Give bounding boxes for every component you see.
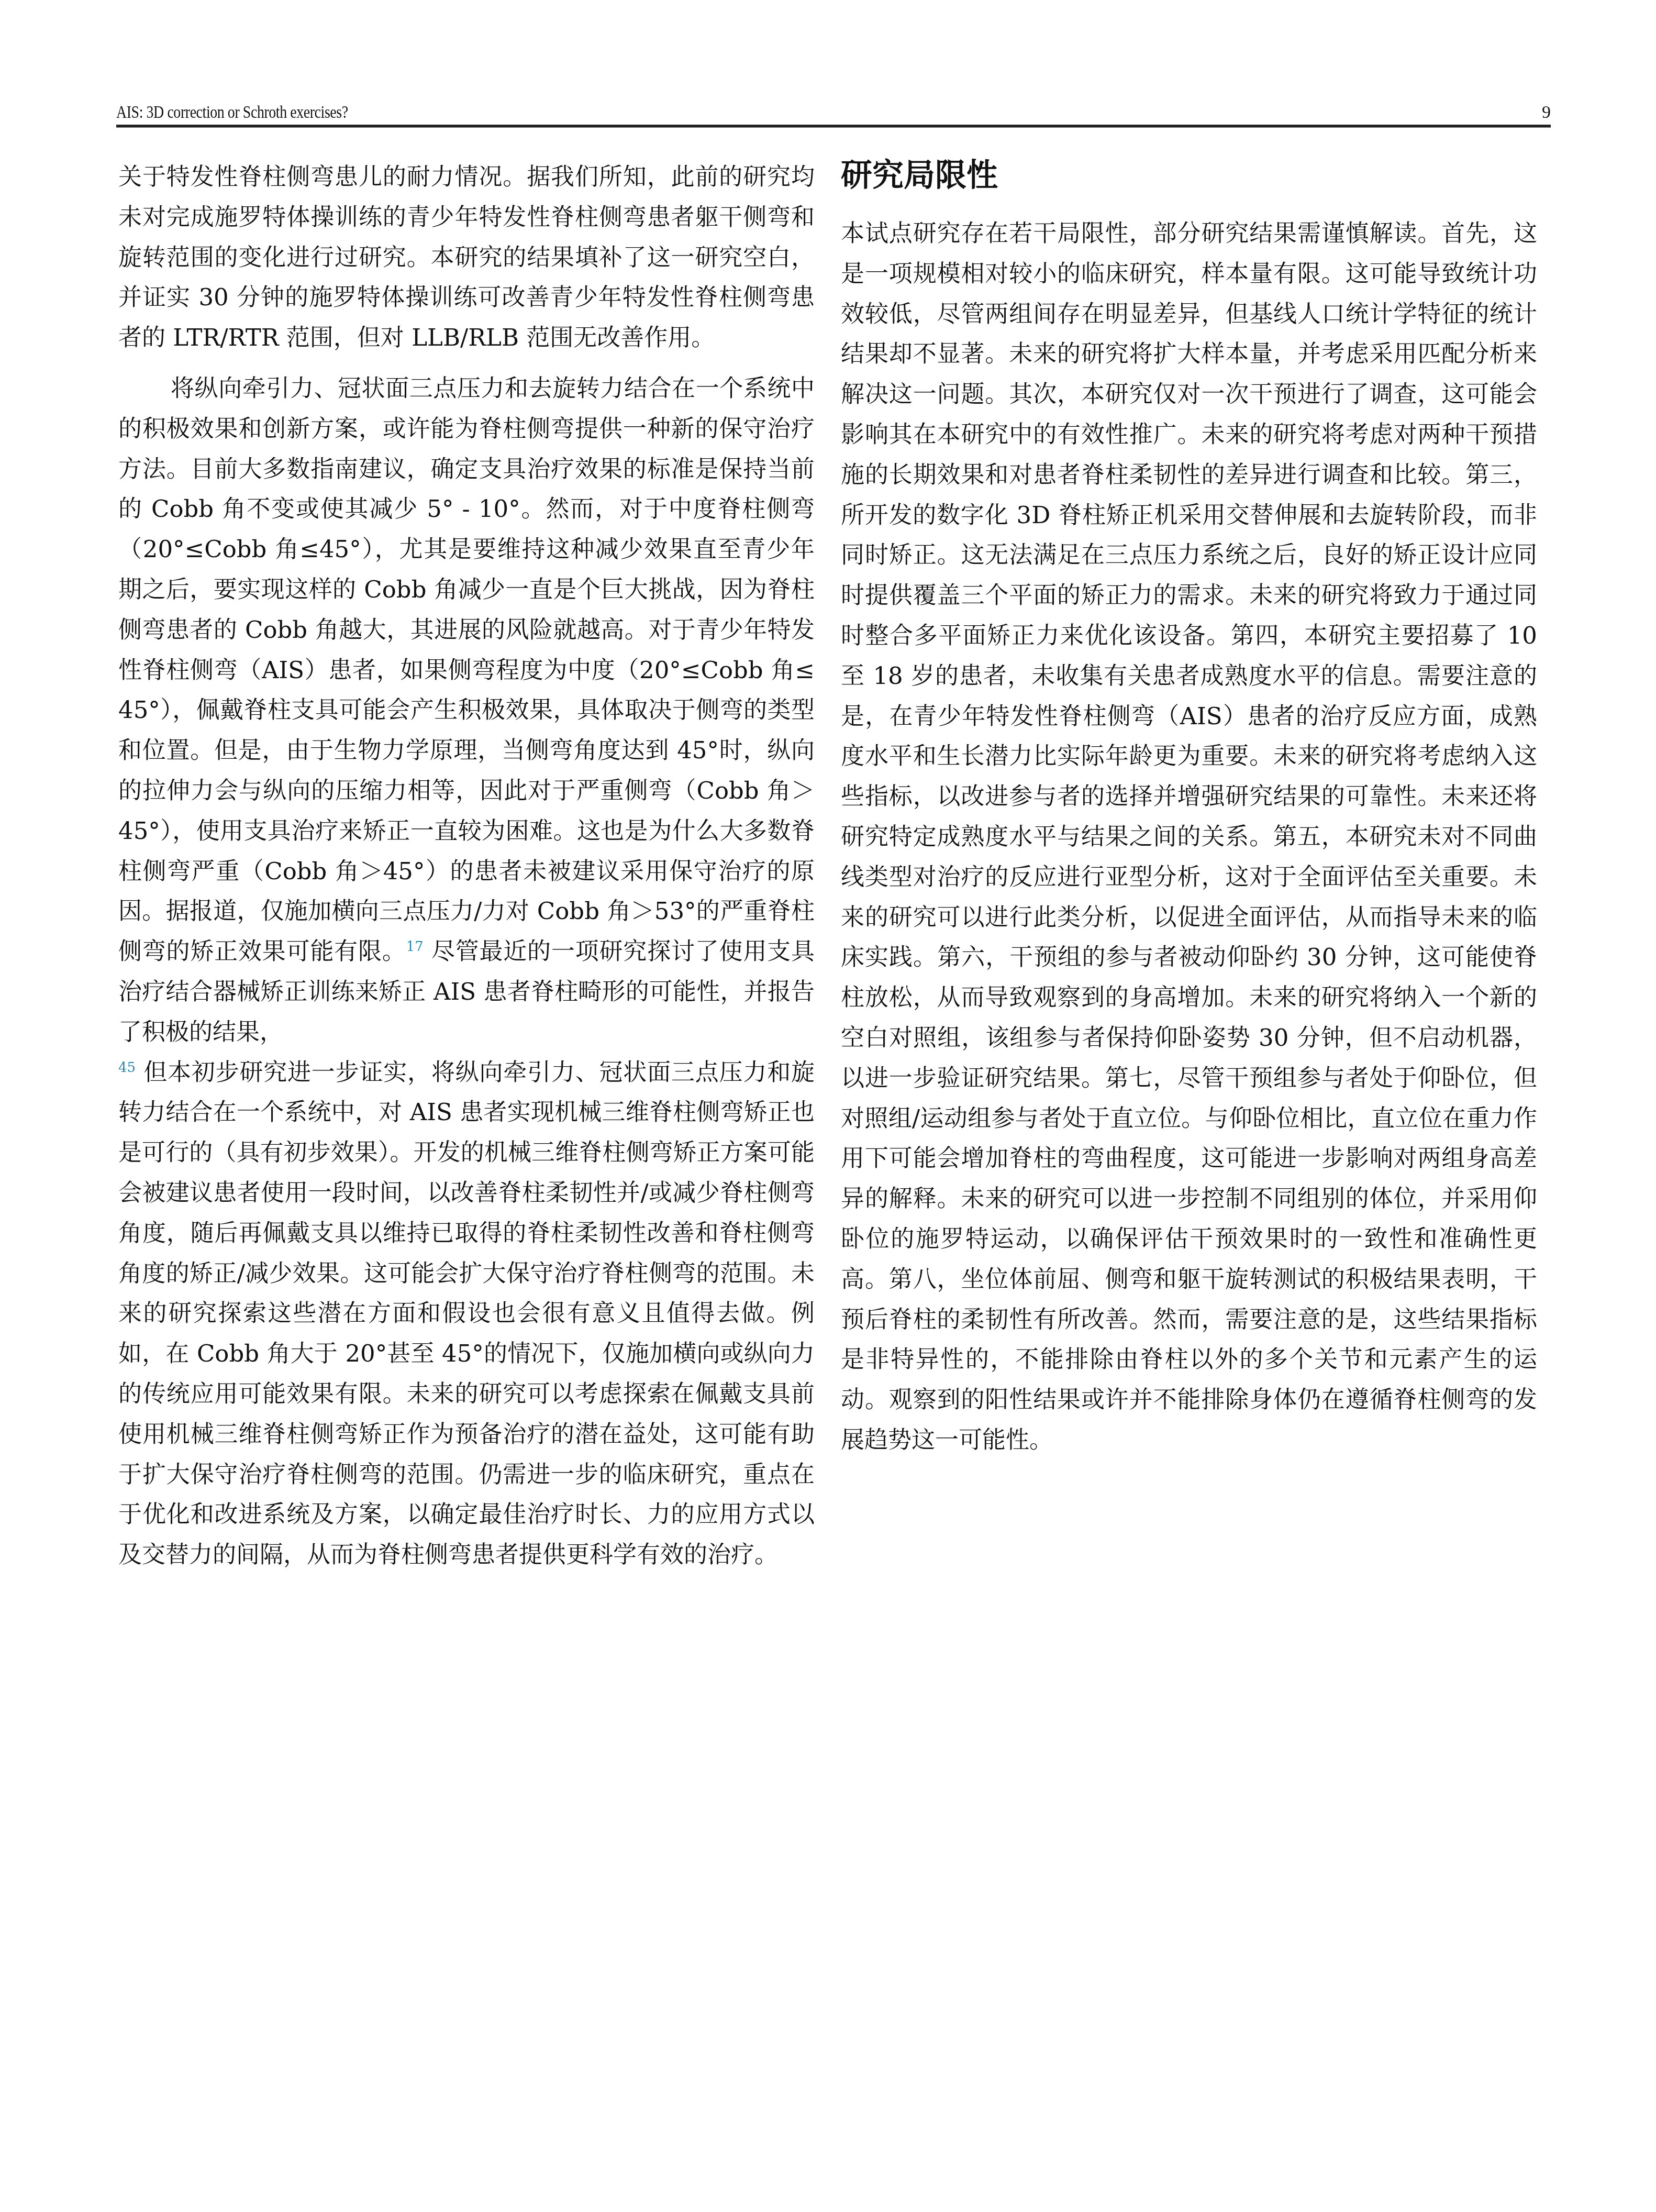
paragraph-text: 但本初步研究进一步证实，将纵向牵引力、冠状面三点压力和旋转力结合在一个系统中，对… — [118, 1058, 815, 1569]
paragraph-text: 关于特发性脊柱侧弯患儿的耐力情况。据我们所知，此前的研究均未对完成施罗特体操训练… — [118, 163, 815, 351]
header-rule — [116, 125, 1551, 128]
paragraph: 将纵向牵引力、冠状面三点压力和去旋转力结合在一个系统中的积极效果和创新方案，或许… — [118, 369, 815, 1575]
paragraph-text: 本试点研究存在若干局限性，部分研究结果需谨慎解读。首先，这是一项规模相对较小的临… — [841, 219, 1537, 1454]
paragraph-text: 将纵向牵引力、冠状面三点压力和去旋转力结合在一个系统中的积极效果和创新方案，或许… — [118, 374, 815, 965]
reference-link-45[interactable]: 45 — [118, 1060, 136, 1076]
right-column: 研究局限性 本试点研究存在若干局限性，部分研究结果需谨慎解读。首先，这是一项规模… — [841, 152, 1537, 1471]
paragraph: 本试点研究存在若干局限性，部分研究结果需谨慎解读。首先，这是一项规模相对较小的临… — [841, 214, 1537, 1461]
section-heading-limitations: 研究局限性 — [841, 152, 1537, 199]
reference-link-17[interactable]: 17 — [406, 939, 424, 955]
left-column: 关于特发性脊柱侧弯患儿的耐力情况。据我们所知，此前的研究均未对完成施罗特体操训练… — [118, 157, 815, 1586]
running-head-title: AIS: 3D correction or Schroth exercises? — [116, 103, 348, 123]
paragraph: 关于特发性脊柱侧弯患儿的耐力情况。据我们所知，此前的研究均未对完成施罗特体操训练… — [118, 157, 815, 358]
page-number: 9 — [1542, 103, 1551, 123]
